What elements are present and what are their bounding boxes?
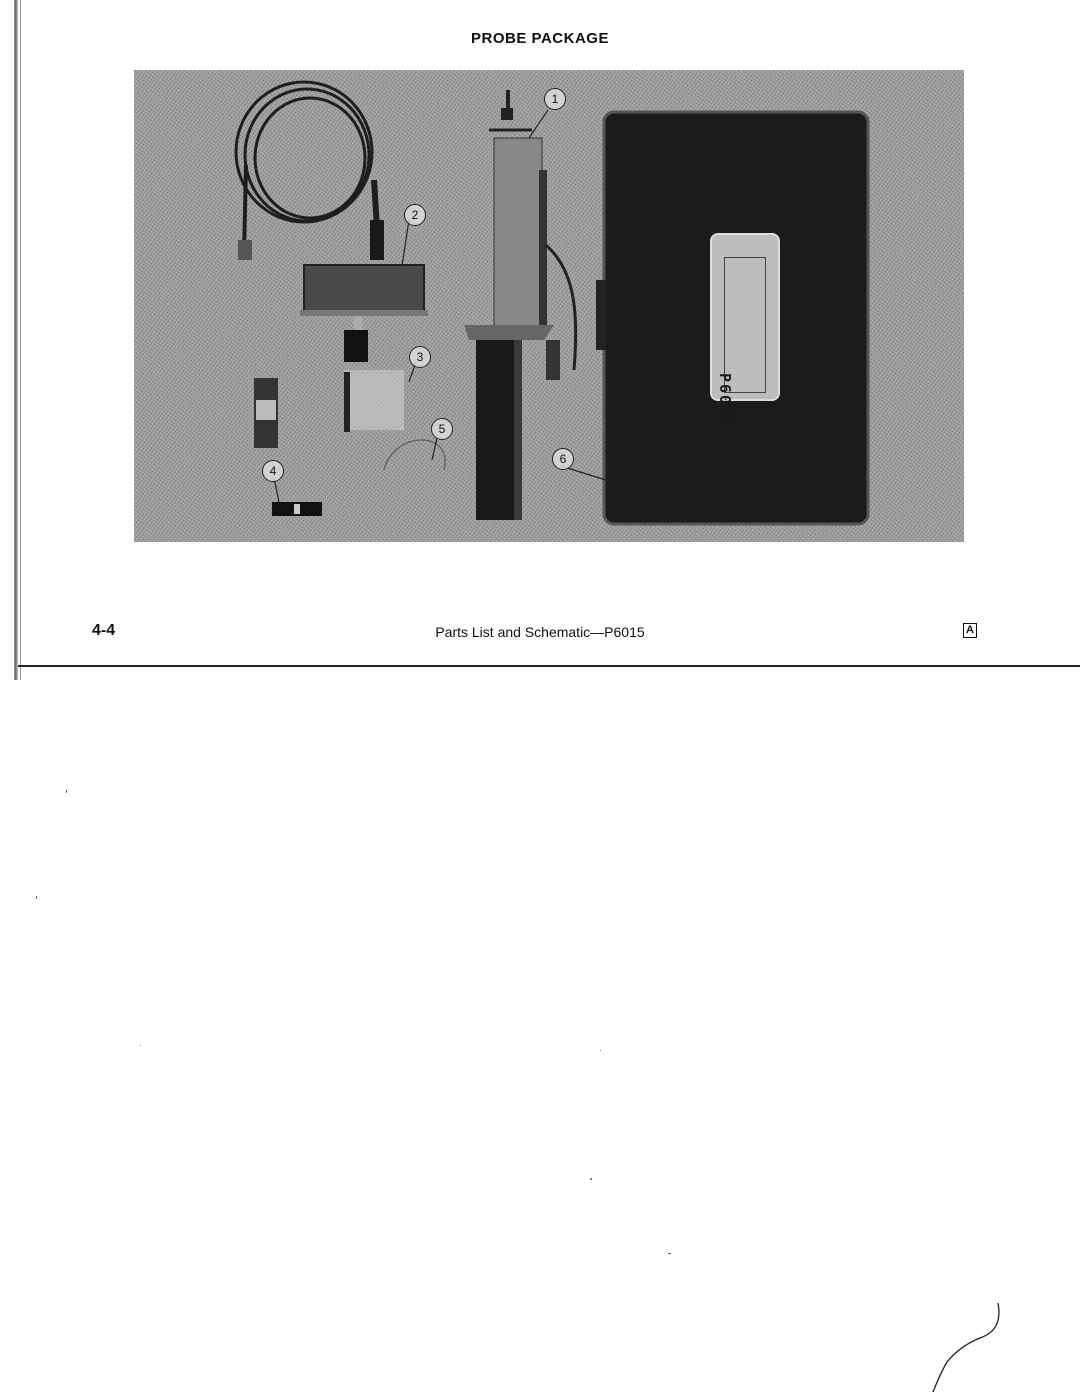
scan-binding-line: [20, 0, 21, 680]
scan-speck: [590, 1178, 592, 1180]
case-label-plate: P6015: [710, 233, 780, 401]
case-model-text: P6015: [716, 373, 734, 428]
callout-2: 2: [404, 204, 426, 226]
scan-speck: [140, 1045, 141, 1046]
scan-binding-edge: [14, 0, 18, 680]
callout-4: 4: [262, 460, 284, 482]
footer-section-title: Parts List and Schematic—P6015: [0, 624, 1080, 640]
callout-5: 5: [431, 418, 453, 440]
callout-3: 3: [409, 346, 431, 368]
callout-6: 6: [552, 448, 574, 470]
footer-rule: [18, 665, 1080, 667]
page-title: PROBE PACKAGE: [0, 30, 1080, 47]
callout-1: 1: [544, 88, 566, 110]
probe-package-photo: P6015 1 2 3 4 5 6: [134, 70, 964, 542]
scan-speck: [668, 1253, 671, 1254]
photo-objects: [134, 70, 964, 542]
scan-speck: [36, 896, 37, 899]
revision-mark-icon: A: [963, 623, 977, 638]
scan-speck: [66, 790, 67, 793]
scan-speck: [600, 1050, 601, 1051]
pen-stroke-mark: [925, 1300, 1015, 1397]
